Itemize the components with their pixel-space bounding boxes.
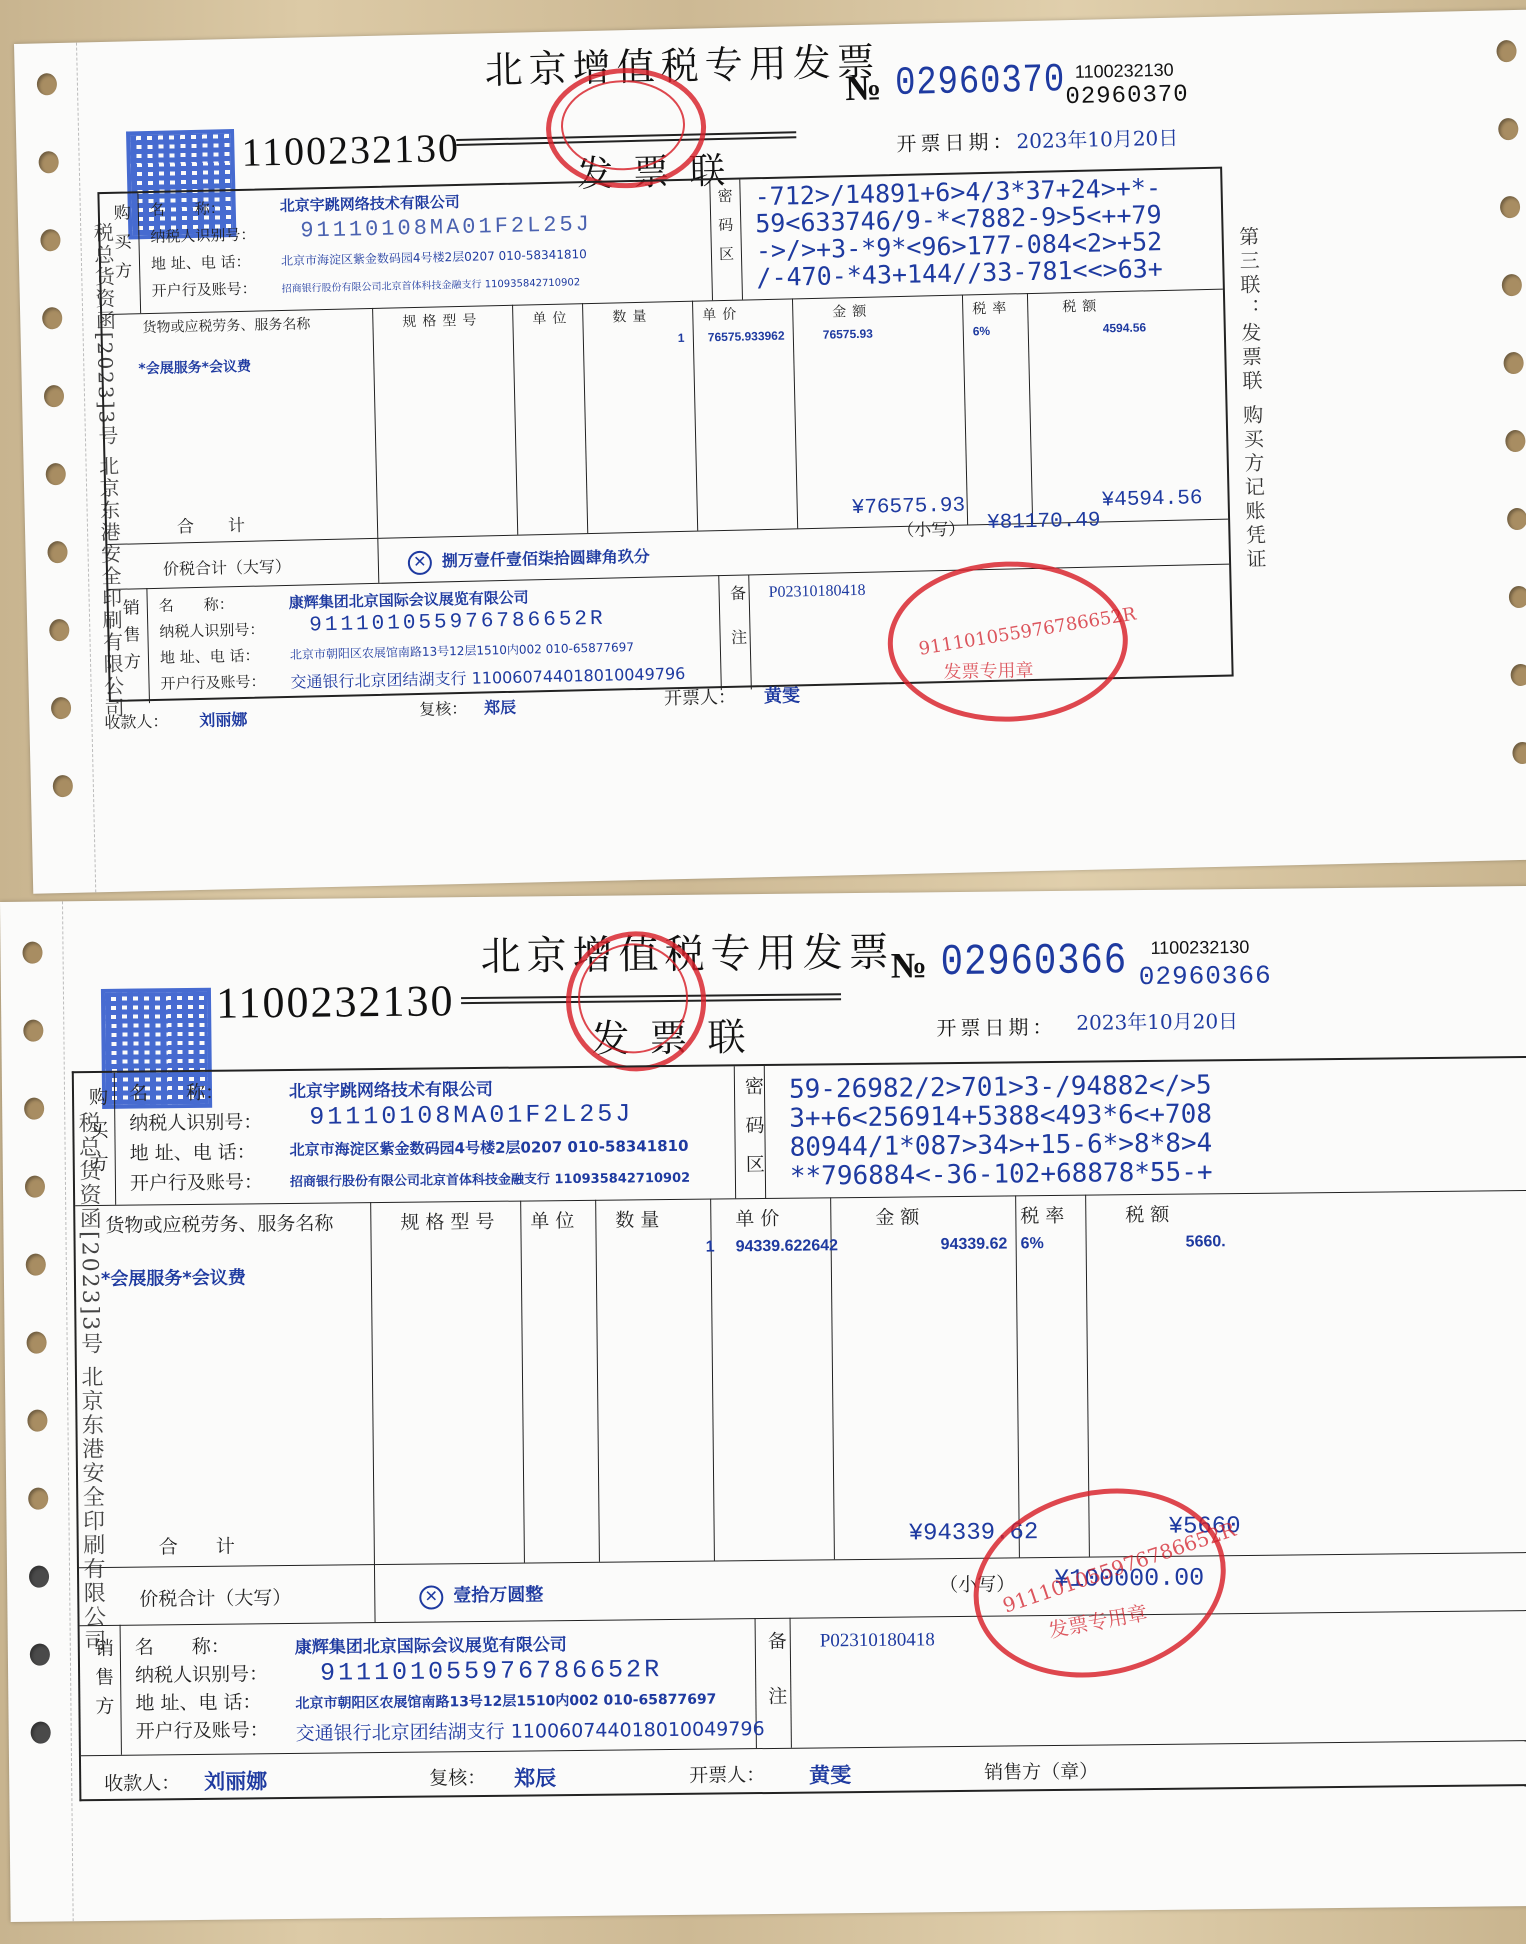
total-label: 合 计: [177, 511, 246, 538]
item-qty: 1: [706, 1239, 715, 1257]
item-tax: 4594.56: [1103, 320, 1147, 335]
item-unit-price: 76575.933962: [708, 329, 785, 345]
invoice-sheet-2: 税总货资函[2023]3号 北京东港安全印刷有限公司 1100232130 北京…: [0, 886, 1526, 1922]
item-amount: 94339.62: [941, 1235, 1008, 1254]
cipher-area: 59-26982/2>701>3-/94882</>5 3++6<256914+…: [789, 1071, 1213, 1191]
x-circle-icon: ✕: [408, 551, 433, 576]
invoice-code-small: 1100232130: [1075, 60, 1174, 83]
column-header: 货物或应税劳务、服务名称: [105, 1209, 333, 1238]
seller-name-label: 名 称：: [159, 593, 234, 616]
column-header: 规格型号: [402, 309, 482, 331]
payee: 刘丽娜: [204, 1765, 267, 1796]
invoice-number-small: 02960366: [1139, 961, 1272, 992]
item-unit-price: 94339.622642: [736, 1237, 839, 1256]
seller-section-label: 销售方: [90, 1638, 118, 1725]
reviewer-label: 复核：: [419, 696, 468, 720]
item-amount: 76575.93: [823, 327, 873, 342]
reviewer: 郑辰: [514, 1762, 556, 1792]
column-header: 税额: [1062, 295, 1102, 316]
invoice-code: 1100232130: [216, 975, 455, 1028]
seller-address-phone: 北京市朝阳区农展馆南路13号12层1510内002 010-65877697: [295, 1689, 716, 1713]
issuer-label: 开票人：: [689, 1760, 765, 1788]
buyer-name-label: 名 称：: [129, 1078, 224, 1106]
buyer-name: 北京宇跳网络技术有限公司: [289, 1075, 493, 1102]
copy-side-text: 第三联：发票联 购买方记账凭证: [1233, 226, 1270, 573]
grand-total-words-text: 壹拾万圆整: [453, 1584, 543, 1606]
buyer-bank-label: 开户行及账号：: [151, 278, 256, 301]
grand-total-label: 价税合计（大写）: [139, 1583, 291, 1612]
seller-address-label: 地 址、电 话：: [135, 1687, 261, 1715]
issuer: 黄雯: [809, 1759, 851, 1789]
column-header: 金额: [875, 1202, 925, 1230]
date-label: 开票日期：: [896, 125, 1017, 157]
column-header: 税额: [1125, 1200, 1175, 1228]
small-label: （小写）: [897, 515, 966, 542]
seller-tax-id: 911101055976786652R: [320, 1655, 662, 1688]
seller-name-label: 名 称：: [135, 1632, 230, 1660]
column-header: 数量: [612, 306, 652, 327]
column-header: 货物或应税劳务、服务名称: [142, 313, 310, 337]
grand-total-words: ✕壹拾万圆整: [419, 1580, 543, 1609]
total-tax: ¥4594.56: [1101, 487, 1202, 512]
invoice-sheet-1: 税总货资函[2023]3号 北京东港安全印刷有限公司 1100232130 北京…: [14, 9, 1526, 893]
item-name: *会展服务*会议费: [138, 356, 251, 379]
invoice-number: 02960366: [940, 936, 1127, 988]
item-name: *会展服务*会议费: [101, 1263, 246, 1291]
grand-total: ¥81170.49: [987, 509, 1101, 535]
buyer-bank-label: 开户行及账号：: [130, 1167, 263, 1195]
seller-address-label: 地 址、电 话：: [160, 645, 260, 668]
reviewer-label: 复核：: [429, 1763, 486, 1791]
buyer-tax-id: 91110108MA01F2L25J: [309, 1099, 633, 1131]
column-header: 单位: [530, 1206, 580, 1234]
tractor-holes-left: [37, 73, 83, 853]
buyer-address-label: 地 址、电 话：: [151, 251, 251, 274]
number-symbol: №: [845, 66, 882, 109]
column-header: 税率: [1020, 1201, 1070, 1229]
buyer-address-phone: 北京市海淀区紫金数码园4号楼2层0207 010-58341810: [289, 1135, 688, 1160]
buyer-address-phone: 北京市海淀区紫金数码园4号楼2层0207 010-58341810: [281, 245, 587, 269]
buyer-bank-account: 招商银行股份有限公司北京首体科技金融支行 110935842710902: [290, 1167, 690, 1190]
invoice-date: 2023年10月20日: [1076, 1005, 1238, 1036]
seller-name: 康辉集团北京国际会议展览有限公司: [295, 1630, 567, 1658]
buyer-tax-id-label: 纳税人识别号：: [150, 224, 255, 247]
issuer: 黄雯: [764, 681, 801, 708]
seller-bank-label: 开户行及账号：: [136, 1715, 269, 1743]
buyer-section-label: 购买方: [108, 203, 135, 291]
invoice-number: 02960370: [895, 58, 1066, 107]
item-tax-rate: 6%: [1021, 1235, 1044, 1253]
column-header: 单价: [702, 304, 742, 325]
remarks-label: 备注: [763, 1631, 791, 1741]
payee-label: 收款人：: [104, 1768, 180, 1796]
seller-tax-id-label: 纳税人识别号：: [159, 618, 264, 641]
seller-tax-id: 911101055976786652R: [309, 608, 606, 638]
invoice-code: 1100232130: [241, 124, 461, 176]
date-label: 开票日期：: [936, 1011, 1056, 1041]
item-qty: 1: [678, 331, 685, 345]
invoice-date: 2023年10月20日: [1016, 122, 1178, 155]
column-header: 数量: [615, 1205, 665, 1233]
number-symbol: №: [890, 944, 927, 986]
column-header: 规格型号: [400, 1207, 500, 1235]
item-tax: 5660.: [1186, 1233, 1226, 1251]
grand-total-label: 价税合计（大写）: [163, 554, 292, 580]
seller-bank-account: 交通银行北京团结湖支行 110060744018010049796: [290, 661, 685, 693]
tractor-holes-right: [1496, 40, 1526, 820]
buyer-name: 北京宇跳网络技术有限公司: [279, 191, 459, 216]
payee: 刘丽娜: [199, 707, 248, 731]
seller-bank-account: 交通银行北京团结湖支行 110060744018010049796: [296, 1714, 765, 1746]
column-header: 税率: [972, 297, 1012, 318]
grand-total-words-text: 捌万壹仟壹佰柒拾圆肆角玖分: [442, 547, 650, 571]
invoice-code-small: 1100232130: [1150, 937, 1249, 959]
seller-tax-id-label: 纳税人识别号：: [135, 1659, 268, 1687]
buyer-address-label: 地 址、电 话：: [129, 1137, 255, 1165]
x-circle-icon: ✕: [419, 1585, 443, 1609]
seller-name: 康辉集团北京国际会议展览有限公司: [289, 586, 529, 612]
invoice-table: 购买方 名 称： 纳税人识别号： 地 址、电 话： 开户行及账号： 北京宇跳网络…: [72, 1056, 1526, 1802]
remarks: P02310180418: [820, 1629, 935, 1652]
buyer-section-label: 购买方: [84, 1087, 112, 1186]
buyer-bank-account: 招商银行股份有限公司北京首体科技金融支行 110935842710902: [281, 273, 580, 295]
grand-total-words: ✕捌万壹仟壹佰柒拾圆肆角玖分: [408, 544, 651, 575]
buyer-tax-id-label: 纳税人识别号：: [129, 1107, 262, 1135]
seller-seal-label: 销售方（章）: [984, 1757, 1098, 1785]
buyer-name-label: 名 称：: [150, 197, 225, 220]
invoice-number-small: 02960370: [1065, 81, 1189, 111]
tractor-holes-left: [22, 941, 59, 1799]
supervision-seal-inner: [577, 943, 688, 1054]
cipher-area: -712>/14891+6>4/3*37+24>+*- 59<633746/9-…: [754, 174, 1163, 291]
cipher-label: 密码区: [714, 188, 737, 275]
column-header: 单价: [735, 1204, 785, 1232]
seal-type: 发票专用章: [943, 656, 1034, 684]
seller-bank-label: 开户行及账号：: [160, 670, 265, 693]
payee-label: 收款人：: [104, 709, 169, 733]
remarks-label: 备注: [725, 584, 750, 672]
reviewer: 郑辰: [484, 695, 517, 719]
issuer-label: 开票人：: [664, 683, 737, 711]
seller-section-label: 销售方: [117, 598, 144, 680]
remarks: P02310180418: [768, 582, 865, 602]
total-label: 合 计: [159, 1532, 235, 1560]
seller-address-phone: 北京市朝阳区农展馆南路13号12层1510内002 010-65877697: [290, 638, 634, 663]
cipher-label: 密码区: [740, 1076, 768, 1193]
column-header: 单位: [532, 307, 572, 328]
item-tax-rate: 6%: [973, 324, 991, 338]
column-header: 金额: [832, 301, 872, 322]
buyer-tax-id: 91110108MA01F2L25J: [300, 212, 592, 244]
